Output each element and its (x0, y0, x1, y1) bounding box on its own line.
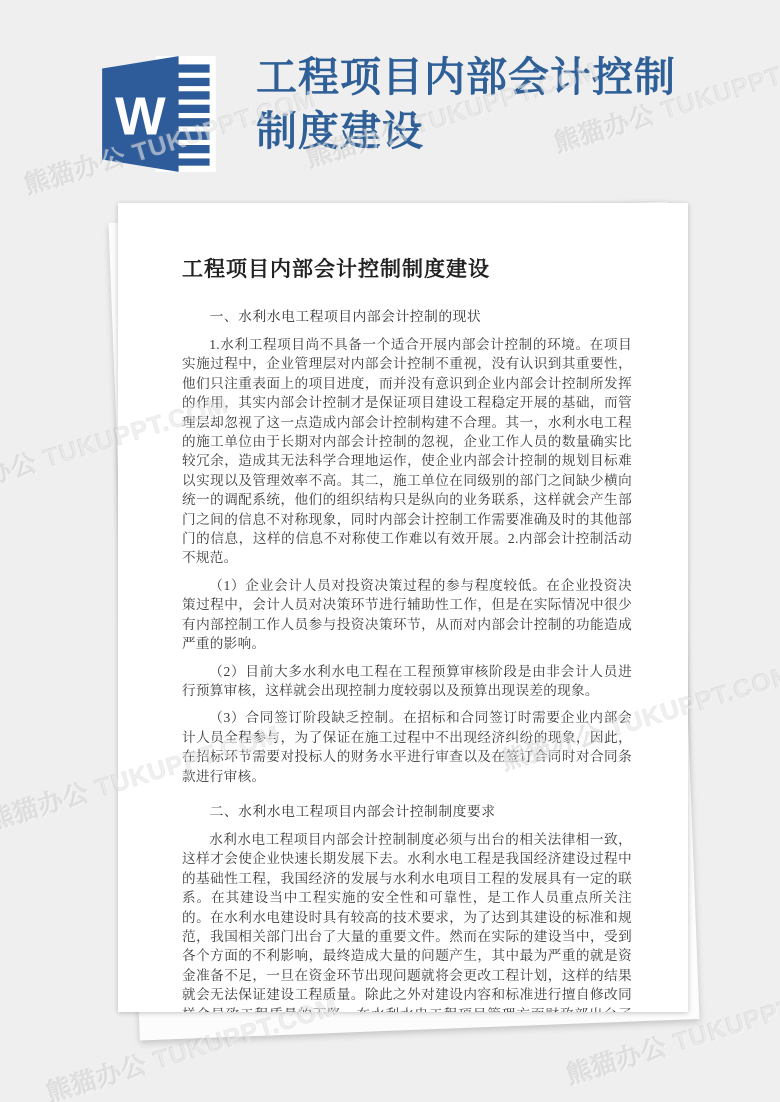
section-heading-2: 二、水利水电工程项目内部会计控制制度要求 (182, 800, 632, 820)
paragraph: 1.水利工程项目尚不具备一个适合开展内部会计控制的环境。在项目实施过程中，企业管… (182, 335, 632, 568)
page-background: W 工程项目内部会计控制 制度建设 工程项目内部会计控制制度建设 一、水利水电工… (0, 0, 780, 1102)
word-logo-icon: W (98, 52, 222, 176)
paragraph: （2）目前大多水利水电工程在工程预算审核阶段是由非会计人员进行预算审核，这样就会… (182, 662, 632, 701)
word-icon-letter: W (115, 87, 166, 147)
page-title-line2: 制度建设 (256, 104, 726, 158)
paragraph: （3）合同签订阶段缺乏控制。在招标和合同签订时需要企业内部会计人员全程参与，为了… (182, 708, 632, 786)
document-page: 工程项目内部会计控制制度建设 一、水利水电工程项目内部会计控制的现状 1.水利工… (118, 203, 688, 1012)
document-title: 工程项目内部会计控制制度建设 (182, 253, 632, 283)
paragraph: （1）企业会计人员对投资决策过程的参与程度较低。在企业投资决策过程中，会计人员对… (182, 576, 632, 654)
paragraph: 水利水电工程项目内部会计控制制度必须与出台的相关法律相一致，这样才会使企业快速长… (182, 830, 632, 1012)
page-title: 工程项目内部会计控制 制度建设 (256, 50, 726, 158)
section-heading-1: 一、水利水电工程项目内部会计控制的现状 (182, 305, 632, 325)
page-title-line1: 工程项目内部会计控制 (256, 50, 726, 104)
